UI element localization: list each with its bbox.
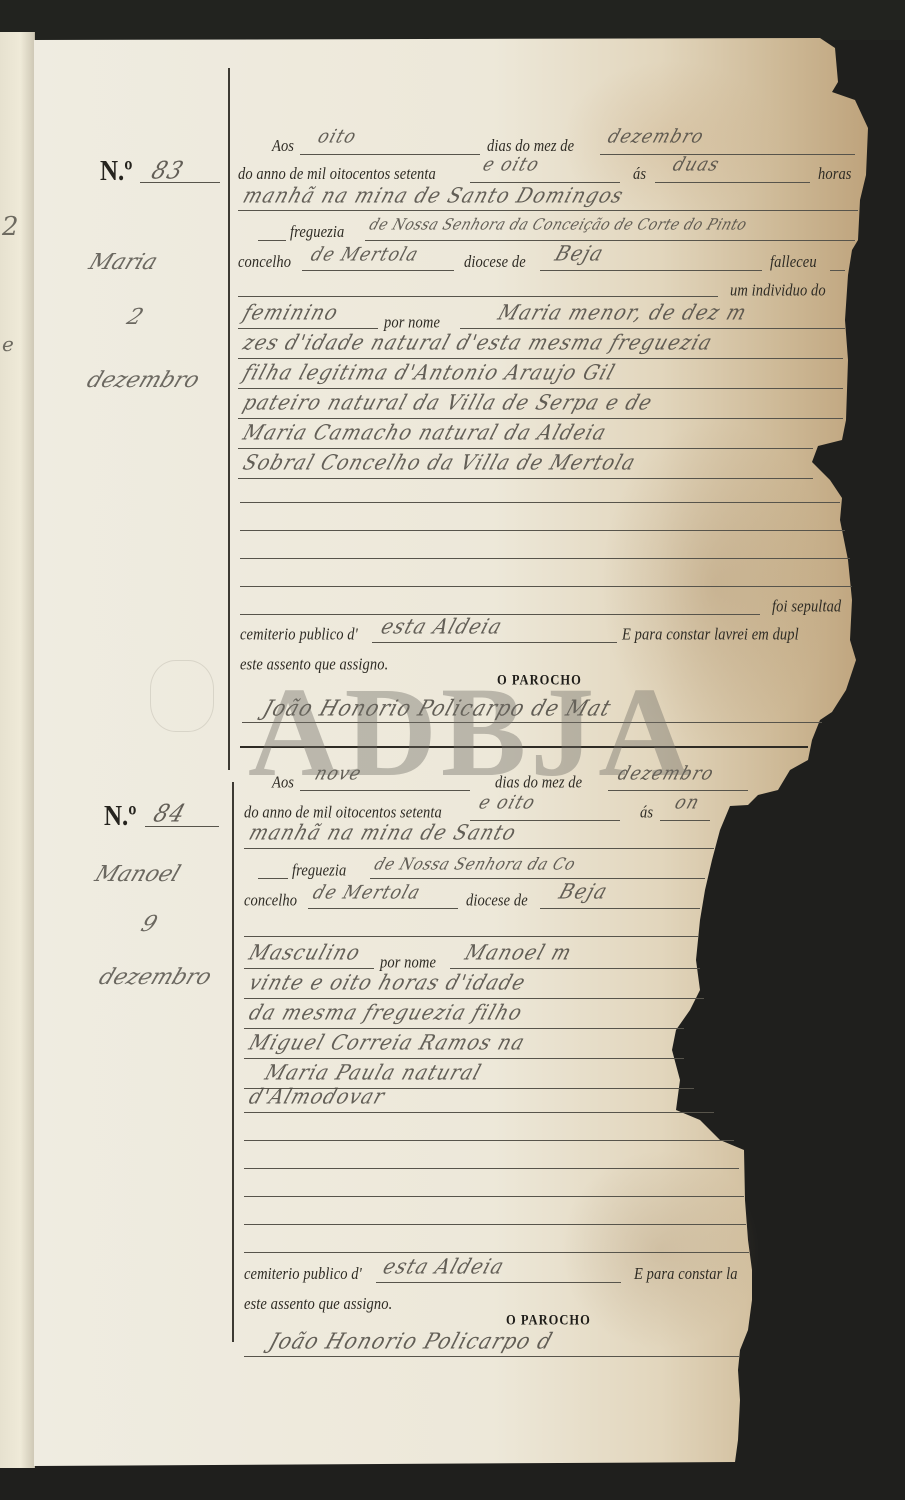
field-line — [238, 328, 378, 329]
field-line — [460, 328, 845, 329]
column-divider — [228, 68, 230, 770]
field-line — [660, 820, 710, 821]
margin-deceased-name: Maria — [85, 250, 160, 275]
entry-number-label: N.º — [100, 156, 133, 188]
label-diocese: diocese de — [464, 253, 526, 273]
blank-line — [240, 558, 850, 559]
field-line — [244, 1112, 714, 1113]
field-line — [308, 908, 458, 909]
field-body-line: d'Almodovar — [246, 1085, 388, 1109]
faint-seal-impression — [150, 660, 214, 732]
field-body-line: Sobral Concelho da Villa de Mertola — [240, 451, 639, 475]
field-line — [370, 878, 705, 879]
number-underline — [140, 182, 220, 183]
field-body-line: Maria Paula natural — [262, 1061, 485, 1085]
field-name: Manoel m — [462, 941, 575, 965]
label-cemiterio: cemiterio publico d' — [240, 625, 358, 645]
field-day: nove — [312, 763, 365, 785]
scanned-register-page: 2 e N.º 83 Maria 2 dezembro Aos — [0, 0, 905, 1500]
blank-line — [244, 1224, 746, 1225]
field-parish: de Nossa Senhora da Conceição de Corte d… — [367, 216, 749, 234]
signature-line — [244, 1356, 739, 1357]
field-hour: duas — [670, 154, 723, 176]
field-line — [600, 154, 855, 155]
field-place: manhã na mina de Santo — [246, 821, 520, 845]
label-aos: Aos — [272, 137, 294, 157]
field-year: e oito — [476, 792, 539, 814]
field-line — [238, 358, 843, 359]
label-e-para-constar: E para constar lavrei em dupl — [622, 625, 799, 645]
field-cemetery: esta Aldeia — [378, 615, 506, 639]
margin-deceased-name: Manoel — [91, 862, 183, 887]
label-este-assento: este assento que assigno. — [244, 1295, 392, 1315]
blank-line — [244, 1252, 749, 1253]
label-este-assento: este assento que assigno. — [240, 655, 388, 675]
field-line — [365, 240, 855, 241]
field-sex: Masculino — [246, 941, 364, 965]
label-as: ás — [640, 803, 653, 823]
column-divider — [232, 782, 234, 1342]
field-line — [300, 154, 480, 155]
signature-line — [242, 722, 822, 723]
entry-number-label: N.º — [104, 801, 137, 833]
blank-line — [240, 586, 852, 587]
field-body-line: da mesma freguezia filho — [246, 1001, 526, 1025]
field-body-line: Miguel Correia Ramos na — [246, 1031, 528, 1055]
field-line — [655, 182, 810, 183]
field-line — [830, 270, 845, 271]
label-falleceu: falleceu — [770, 253, 817, 273]
entry-separator — [240, 746, 808, 748]
blank-line — [240, 502, 840, 503]
field-line — [376, 1282, 621, 1283]
field-parish: de Nossa Senhora da Co — [372, 854, 578, 874]
field-line — [450, 968, 700, 969]
blank-line — [244, 1140, 734, 1141]
field-body-line: vinte e oito horas d'idade — [246, 971, 529, 995]
field-line — [238, 418, 843, 419]
label-foi-sepultado: foi sepultad — [772, 597, 841, 617]
field-line — [300, 790, 470, 791]
blank-line — [240, 530, 845, 531]
field-line — [244, 968, 374, 969]
field-line — [244, 998, 704, 999]
field-line — [244, 848, 714, 849]
blank-line — [244, 1168, 739, 1169]
label-freguezia: freguezia — [290, 223, 344, 243]
field-sex: feminino — [240, 301, 342, 325]
field-line — [540, 270, 762, 271]
field-body-line: pateiro natural da Villa de Serpa e de — [240, 391, 656, 415]
label-aos: Aos — [272, 773, 294, 793]
field-line — [238, 478, 813, 479]
label-as: ás — [633, 165, 646, 185]
field-month: dezembro — [605, 126, 707, 148]
field-name: Maria menor, de dez m — [495, 301, 750, 325]
label-um-individuo: um individuo do — [730, 281, 826, 301]
label-o-parocho: O PAROCHO — [506, 1312, 591, 1329]
field-place: manhã na mina de Santo Domingos — [240, 184, 627, 208]
field-line — [608, 790, 748, 791]
label-diocese: diocese de — [466, 891, 528, 911]
field-line — [238, 296, 718, 297]
label-freguezia: freguezia — [292, 861, 346, 881]
field-line — [238, 210, 858, 211]
label-horas: horas — [818, 165, 852, 185]
margin-month: dezembro — [83, 368, 203, 393]
field-county: de Mertola — [308, 244, 422, 266]
label-o-parocho: O PAROCHO — [497, 672, 582, 689]
blank-line — [244, 1196, 744, 1197]
field-line — [244, 1028, 684, 1029]
field-body-line: zes d'idade natural d'esta mesma freguez… — [240, 331, 716, 355]
field-body-line: Maria Camacho natural da Aldeia — [240, 421, 610, 445]
field-diocese: Beja — [552, 242, 607, 266]
field-year: e oito — [480, 154, 543, 176]
margin-month: dezembro — [95, 965, 215, 990]
label-dias-do-mez: dias do mez de — [495, 773, 582, 793]
label-concelho: concelho — [244, 891, 297, 911]
field-line — [302, 270, 454, 271]
field-line — [540, 908, 700, 909]
field-line — [258, 878, 288, 879]
label-e-para-constar: E para constar la — [634, 1265, 738, 1285]
field-line — [244, 936, 699, 937]
field-body-line: filha legitima d'Antonio Araujo Gil — [240, 361, 619, 385]
field-line — [258, 240, 286, 241]
label-concelho: concelho — [238, 253, 291, 273]
label-do-anno: do anno de mil oitocentos setenta — [238, 165, 436, 185]
field-line — [238, 448, 813, 449]
field-line — [244, 1058, 684, 1059]
field-line — [372, 642, 617, 643]
parish-priest-signature: João Honorio Policarpo de Mat — [260, 695, 615, 721]
number-underline — [145, 826, 219, 827]
field-cemetery: esta Aldeia — [380, 1255, 508, 1279]
field-county: de Mertola — [310, 882, 424, 904]
parish-priest-signature: João Honorio Policarpo d — [266, 1328, 557, 1354]
field-diocese: Beja — [556, 880, 611, 904]
field-month: dezembro — [615, 763, 717, 785]
field-line — [238, 388, 843, 389]
field-day: oito — [315, 126, 360, 148]
label-cemiterio: cemiterio publico d' — [244, 1265, 362, 1285]
